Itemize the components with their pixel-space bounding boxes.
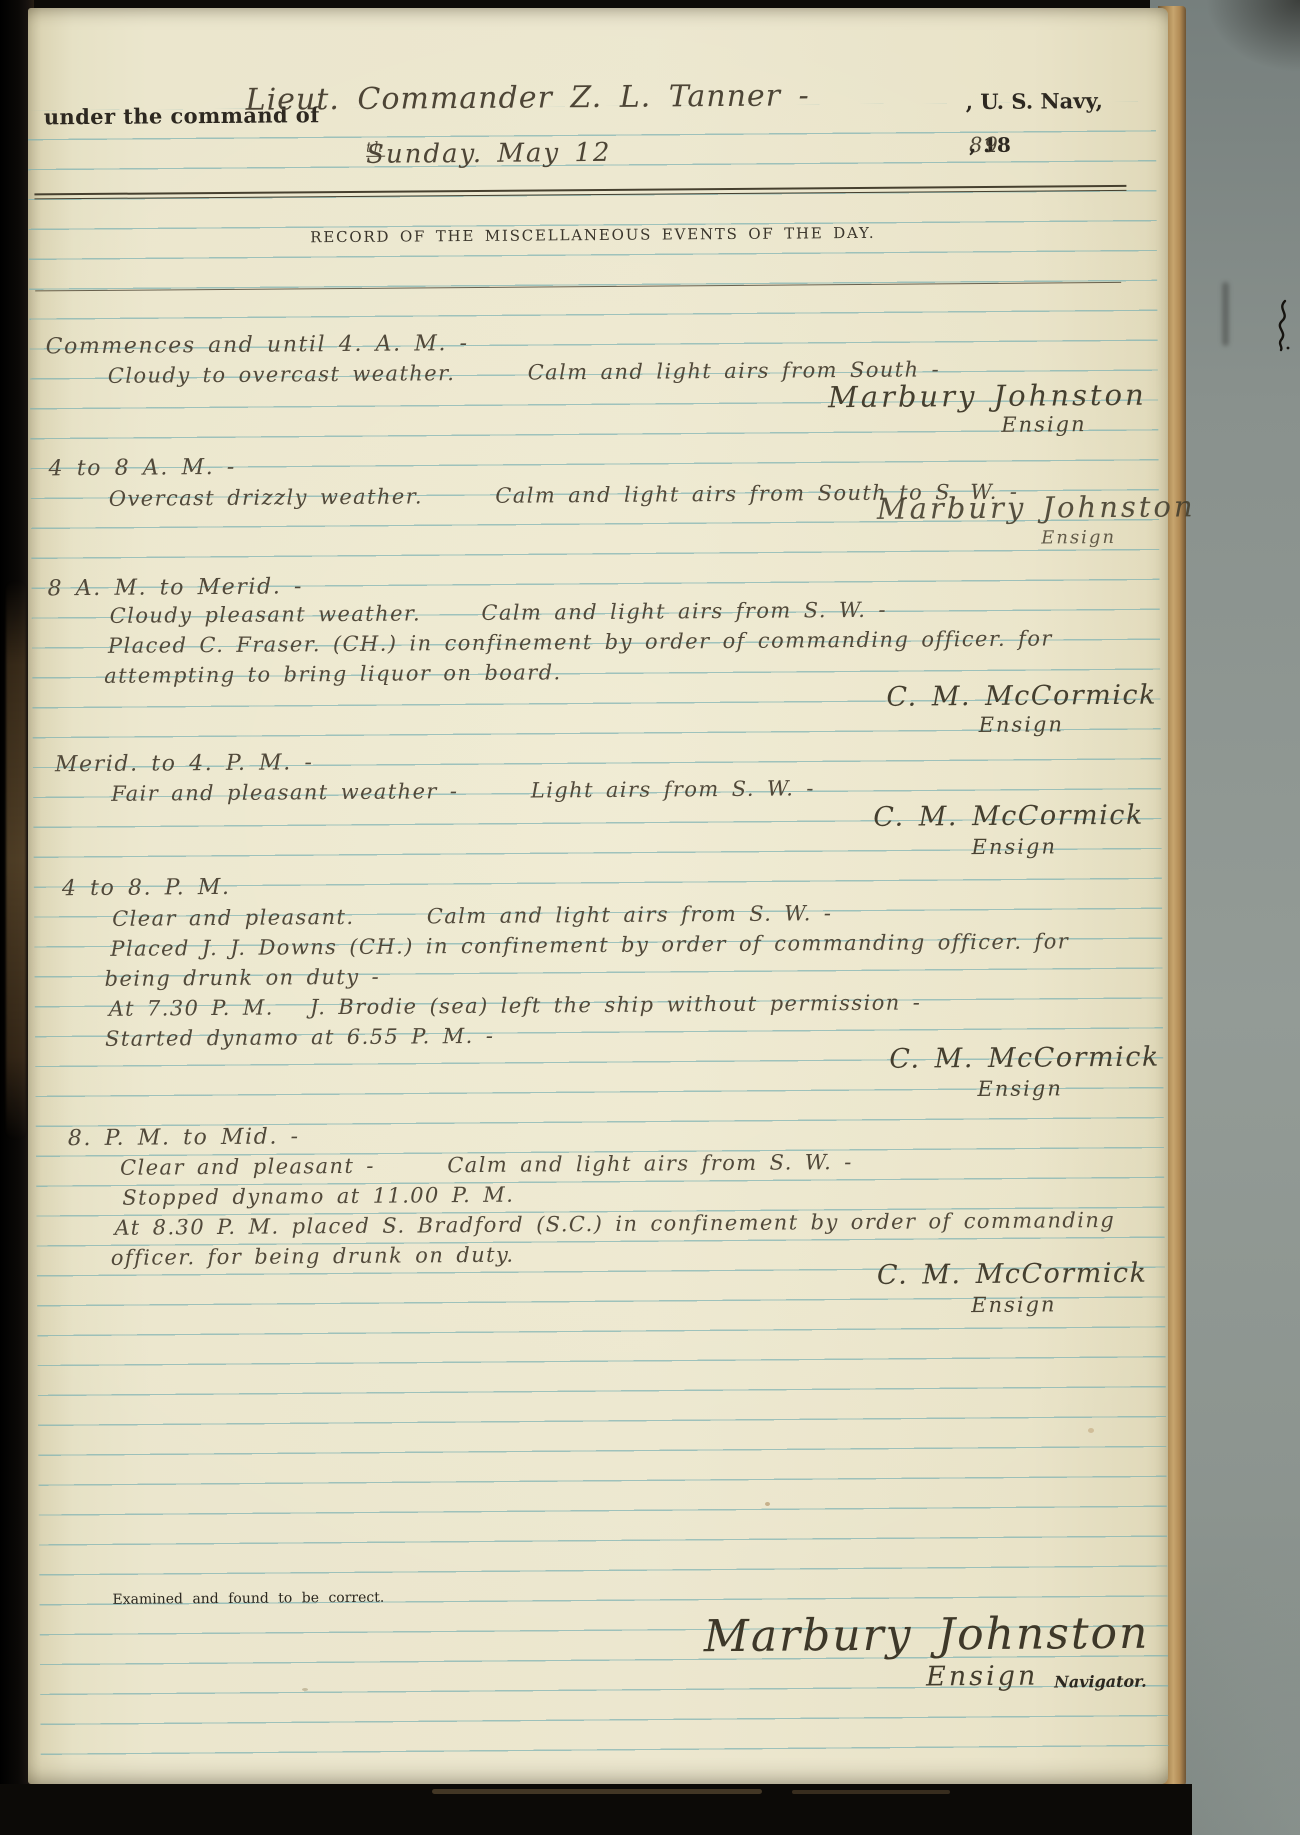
signature: C. M. McCormick [886, 680, 1157, 713]
signature-title: Ensign [972, 834, 1058, 859]
commander-name-handwritten: Lieut. Commander Z. L. Tanner - [246, 78, 810, 117]
log-entry-heading: 4 to 8. P. M. [62, 875, 231, 901]
log-entry-heading: 4 to 8 A. M. - [48, 455, 235, 481]
log-entry-line: officer. for being drunk on duty. [111, 1243, 515, 1270]
signature-title: Ensign [979, 712, 1065, 737]
signature-title: Ensign [971, 1292, 1057, 1317]
date-text: Sunday. May 12 [366, 138, 612, 170]
navigator-signature-title: Ensign [926, 1661, 1039, 1693]
scanned-logbook-photo: under the command of Lieut. Commander Z.… [0, 0, 1300, 1835]
navy-label: , U. S. Navy, [966, 88, 1103, 114]
year-punctuation: . . [969, 133, 990, 157]
signature-title: Ensign [1041, 527, 1116, 549]
log-entry-heading: 8 A. M. to Merid. - [47, 574, 303, 601]
log-entry-heading: Merid. to 4. P. M. - [55, 750, 314, 777]
signature: C. M. McCormick [889, 1042, 1160, 1075]
signature-title: Ensign [1001, 412, 1087, 437]
navigator-signature: Marbury Johnston [704, 1608, 1150, 1662]
date-ordinal: th [366, 140, 385, 157]
signature: Marbury Johnston [828, 378, 1147, 415]
navigator-role-label: Navigator. [1054, 1672, 1147, 1692]
log-entry-line: Stopped dynamo at 11.00 P. M. [122, 1183, 514, 1210]
signature: C. M. McCormick [873, 800, 1144, 833]
log-entry-heading: Commences and until 4. A. M. - [46, 331, 469, 359]
examined-note: Examined and found to be correct. [112, 1590, 384, 1608]
log-entry-line: attempting to bring liquor on board. [104, 660, 562, 688]
signature-title: Ensign [977, 1076, 1063, 1101]
signature: Marbury Johnston [877, 489, 1196, 526]
log-entry-line: Started dynamo at 6.55 P. M. - [105, 1024, 494, 1051]
log-entry-heading: 8. P. M. to Mid. - [68, 1124, 300, 1151]
log-entry-line: being drunk on duty - [105, 965, 381, 991]
page-content: under the command of Lieut. Commander Z.… [0, 0, 1300, 1835]
signature: C. M. McCormick [877, 1258, 1148, 1291]
